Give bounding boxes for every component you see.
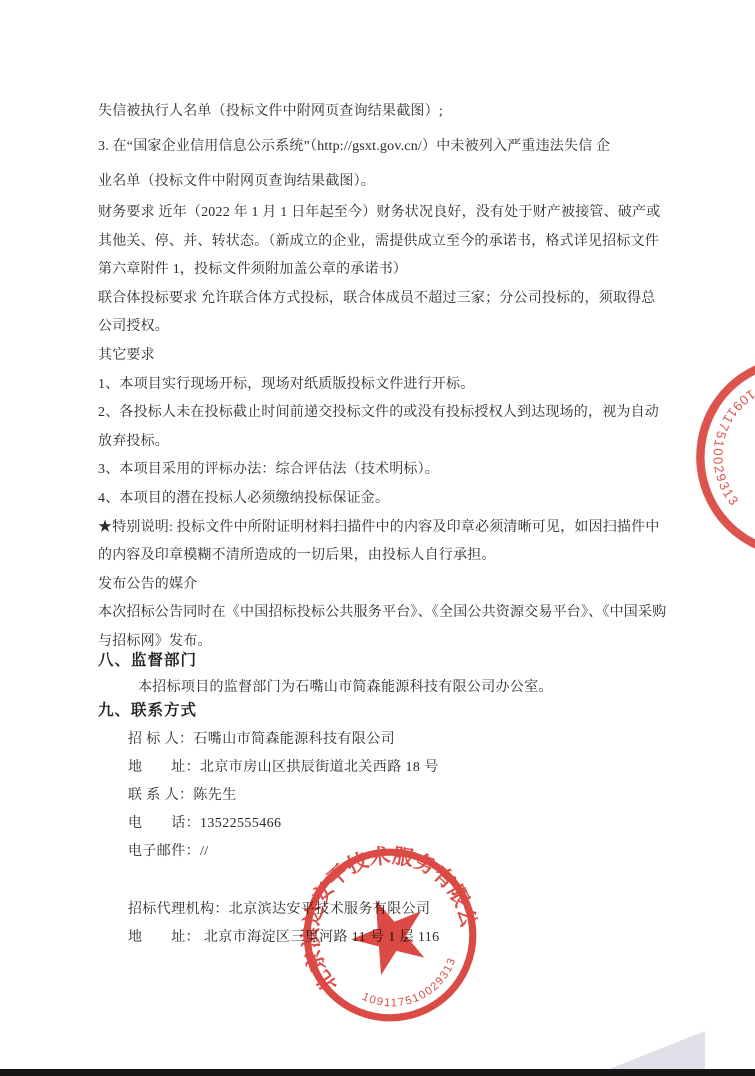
agency-line-name: 招标代理机构：北京滨达安平技术服务有限公司 [128, 896, 688, 924]
contact-line-tenderer: 招 标 人：石嘴山市简森能源科技有限公司 [128, 726, 668, 754]
seal-company-text: 北京滨达安平技术服务有限公司 [742, 335, 755, 578]
doc-line: 放弃投标。 [98, 428, 678, 457]
doc-line: 的内容及印章模糊不清所造成的一切后果，由投标人自行承担。 [98, 542, 678, 571]
doc-line: 业名单（投标文件中附网页查询结果截图）。 [98, 164, 678, 199]
doc-line: ★特别说明: 投标文件中所附证明材料扫描件中的内容及印章必须清晰可见，如因扫描件… [98, 514, 678, 543]
contact-line-email: 电子邮件：// [128, 838, 668, 866]
contact-line-phone: 电 话：13522555466 [128, 810, 668, 838]
svg-text:109117510029313: 109117510029313 [357, 954, 468, 1024]
scan-bottom-edge [0, 1069, 755, 1076]
section-heading-supervision: 八、监督部门 [98, 646, 498, 676]
doc-line: 3. 在“国家企业信用信息公示系统”（http://gsxt.gov.cn/）中… [98, 129, 678, 164]
contact-line-person: 联 系 人：陈先生 [128, 782, 668, 810]
doc-line: 财务要求 近年（2022 年 1 月 1 日年起至今）财务状况良好，没有处于财产… [98, 199, 678, 228]
doc-line: 2、各投标人未在投标截止时间前递交投标文件的或没有投标授权人到达现场的，视为自动 [98, 399, 678, 428]
doc-line: 失信被执行人名单（投标文件中附网页查询结果截图）; [98, 94, 678, 129]
doc-line: 公司授权。 [98, 313, 678, 342]
page-corner-curl-shadow [609, 1031, 705, 1069]
agency-line-address: 地 址： 北京市海淀区三里河路 11 号 1 层 116 [128, 924, 688, 952]
edge-seal-stamp: 北京滨达安平技术服务有限公司 109117510029313 [675, 335, 755, 578]
seal-number-text: 109117510029313 [357, 954, 468, 1024]
contact-line-address: 地 址：北京市房山区拱辰街道北关西路 18 号 [128, 754, 668, 782]
doc-line: 第六章附件 1，投标文件须附加盖公章的承诺书） [98, 256, 678, 285]
agency-info-block: 招标代理机构：北京滨达安平技术服务有限公司 地 址： 北京市海淀区三里河路 11… [128, 896, 688, 952]
doc-line: 本次招标公告同时在《中国招标投标公共服务平台》、《全国公共资源交易平台》、《中国… [98, 599, 678, 628]
doc-line: 发布公告的媒介 [98, 571, 678, 600]
doc-line: 4、本项目的潜在投标人必须缴纳投标保证金。 [98, 485, 678, 514]
scanned-tender-document-page: 失信被执行人名单（投标文件中附网页查询结果截图）; 3. 在“国家企业信用信息公… [0, 0, 755, 1076]
section-heading-contact: 九、联系方式 [98, 696, 498, 726]
body-paragraphs: 失信被执行人名单（投标文件中附网页查询结果截图）; 3. 在“国家企业信用信息公… [98, 94, 678, 657]
svg-text:109117510029313: 109117510029313 [701, 382, 755, 510]
seal-number-text: 109117510029313 [701, 382, 755, 510]
doc-line: 3、本项目采用的评标办法：综合评估法（技术明标）。 [98, 456, 678, 485]
doc-line: 其它要求 [98, 342, 678, 371]
doc-line: 联合体投标要求 允许联合体方式投标，联合体成员不超过三家；分公司投标的，须取得总 [98, 285, 678, 314]
svg-text:北京滨达安平技术服务有限公司: 北京滨达安平技术服务有限公司 [742, 335, 755, 578]
contact-info-block: 招 标 人：石嘴山市简森能源科技有限公司 地 址：北京市房山区拱辰街道北关西路 … [128, 726, 668, 866]
doc-line: 1、本项目实行现场开标，现场对纸质版投标文件进行开标。 [98, 371, 678, 400]
seal-icon: 北京滨达安平技术服务有限公司 109117510029313 [675, 335, 755, 578]
doc-line: 其他关、停、并、转状态。（新成立的企业，需提供成立至今的承诺书，格式详见招标文件 [98, 228, 678, 257]
